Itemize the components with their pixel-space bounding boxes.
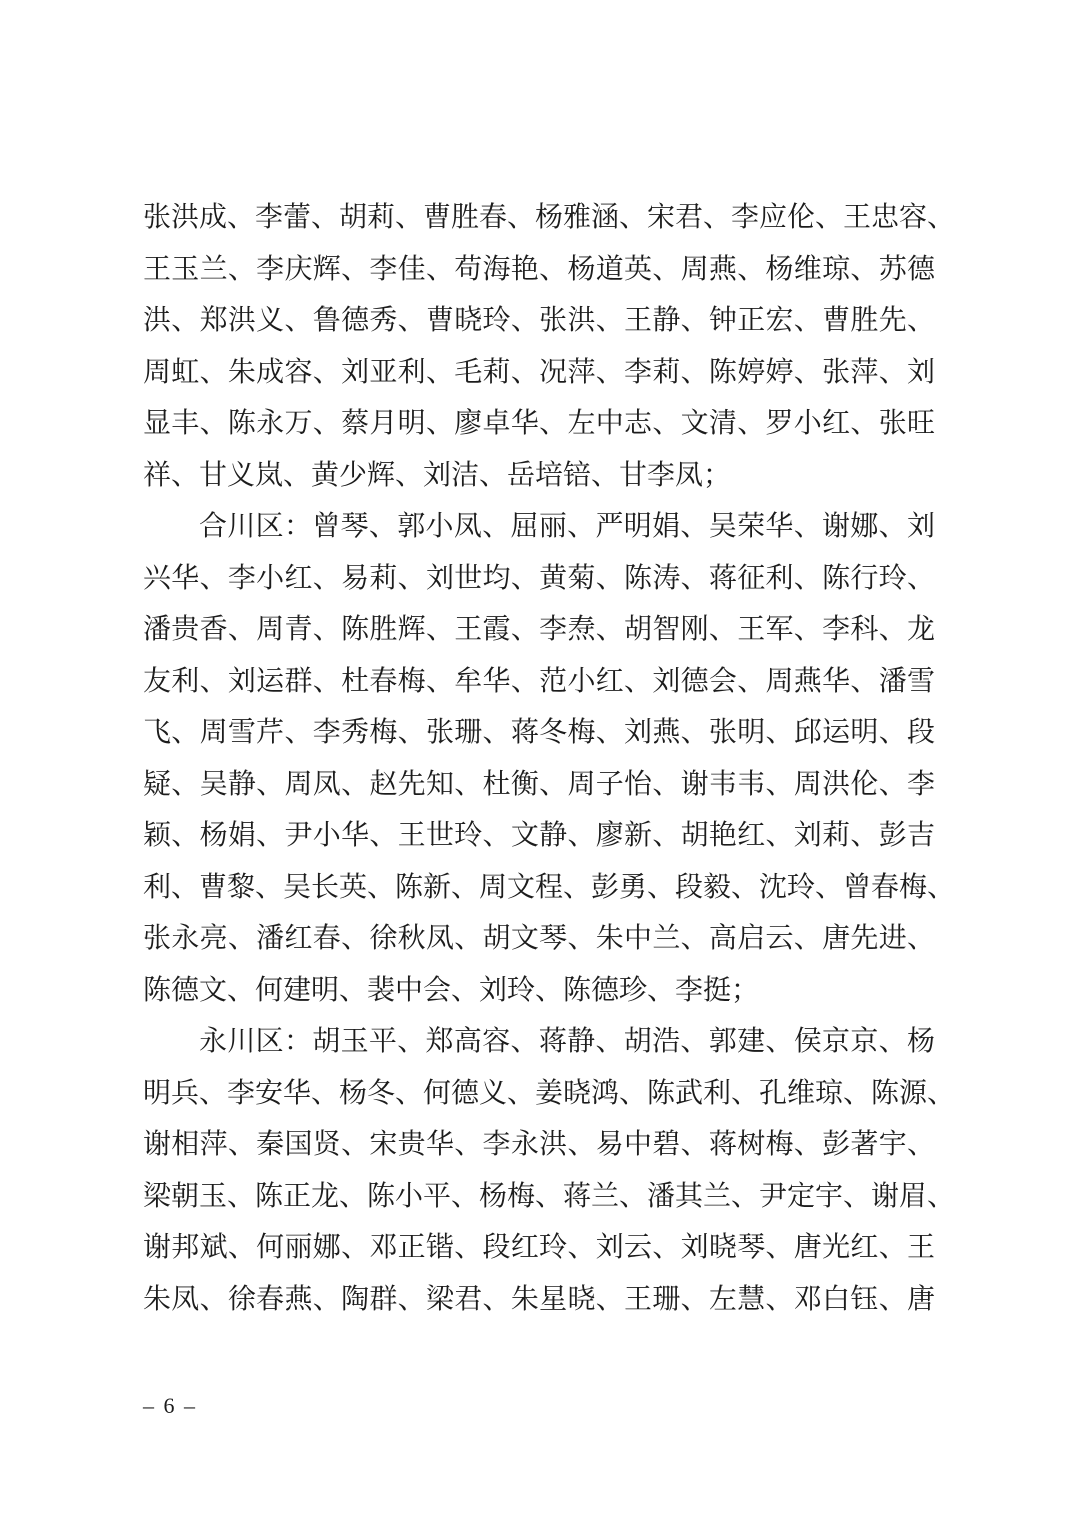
text-line: 王玉兰、李庆辉、李佳、苟海艳、杨道英、周燕、杨维琼、苏德: [143, 244, 935, 296]
paragraph-hechuan-district-list: 合川区：曾琴、郭小凤、屈丽、严明娟、吴荣华、谢娜、刘兴华、李小红、易莉、刘世均、…: [143, 501, 935, 1016]
paragraph-continued-name-list: 张洪成、李蕾、胡莉、曹胜春、杨雅涵、宋君、李应伦、王忠容、王玉兰、李庆辉、李佳、…: [143, 192, 935, 501]
text-line: 明兵、李安华、杨冬、何德义、姜晓鸿、陈武利、孔维琼、陈源、: [143, 1068, 935, 1120]
document-page: 张洪成、李蕾、胡莉、曹胜春、杨雅涵、宋君、李应伦、王忠容、王玉兰、李庆辉、李佳、…: [0, 0, 1074, 1520]
text-line: 颖、杨娟、尹小华、王世玲、文静、廖新、胡艳红、刘莉、彭吉: [143, 810, 935, 862]
text-line: 飞、周雪芹、李秀梅、张珊、蒋冬梅、刘燕、张明、邱运明、段: [143, 707, 935, 759]
text-line: 张永亮、潘红春、徐秋凤、胡文琴、朱中兰、高启云、唐先进、: [143, 913, 935, 965]
text-line: 张洪成、李蕾、胡莉、曹胜春、杨雅涵、宋君、李应伦、王忠容、: [143, 192, 935, 244]
text-line: 谢邦斌、何丽娜、邓正锴、段红玲、刘云、刘晓琴、唐光红、王: [143, 1222, 935, 1274]
text-line: 合川区：曾琴、郭小凤、屈丽、严明娟、吴荣华、谢娜、刘: [143, 501, 935, 553]
text-line: 友利、刘运群、杜春梅、牟华、范小红、刘德会、周燕华、潘雪: [143, 656, 935, 708]
text-line: 祥、甘义岚、黄少辉、刘洁、岳培锫、甘李凤；: [143, 450, 935, 502]
text-line: 兴华、李小红、易莉、刘世均、黄菊、陈涛、蒋征利、陈行玲、: [143, 553, 935, 605]
text-line: 梁朝玉、陈正龙、陈小平、杨梅、蒋兰、潘其兰、尹定宇、谢眉、: [143, 1171, 935, 1223]
text-line: 疑、吴静、周凤、赵先知、杜衡、周子怡、谢韦韦、周洪伦、李: [143, 759, 935, 811]
text-line: 潘贵香、周青、陈胜辉、王霞、李焘、胡智刚、王军、李科、龙: [143, 604, 935, 656]
text-line: 陈德文、何建明、裴中会、刘玲、陈德珍、李挺；: [143, 965, 935, 1017]
paragraph-yongchuan-district-list: 永川区：胡玉平、郑高容、蒋静、胡浩、郭建、侯京京、杨明兵、李安华、杨冬、何德义、…: [143, 1016, 935, 1325]
text-line: 利、曹黎、吴长英、陈新、周文程、彭勇、段毅、沈玲、曾春梅、: [143, 862, 935, 914]
text-line: 朱凤、徐春燕、陶群、梁君、朱星晓、王珊、左慧、邓白钰、唐: [143, 1274, 935, 1326]
text-line: 洪、郑洪义、鲁德秀、曹晓玲、张洪、王静、钟正宏、曹胜先、: [143, 295, 935, 347]
text-line: 永川区：胡玉平、郑高容、蒋静、胡浩、郭建、侯京京、杨: [143, 1016, 935, 1068]
text-line: 谢相萍、秦国贤、宋贵华、李永洪、易中碧、蒋树梅、彭著宇、: [143, 1119, 935, 1171]
text-block: 张洪成、李蕾、胡莉、曹胜春、杨雅涵、宋君、李应伦、王忠容、王玉兰、李庆辉、李佳、…: [143, 192, 935, 1325]
text-line: 周虹、朱成容、刘亚利、毛莉、况萍、李莉、陈婷婷、张萍、刘: [143, 347, 935, 399]
page-number: – 6 –: [143, 1392, 197, 1420]
text-line: 显丰、陈永万、蔡月明、廖卓华、左中志、文清、罗小红、张旺: [143, 398, 935, 450]
